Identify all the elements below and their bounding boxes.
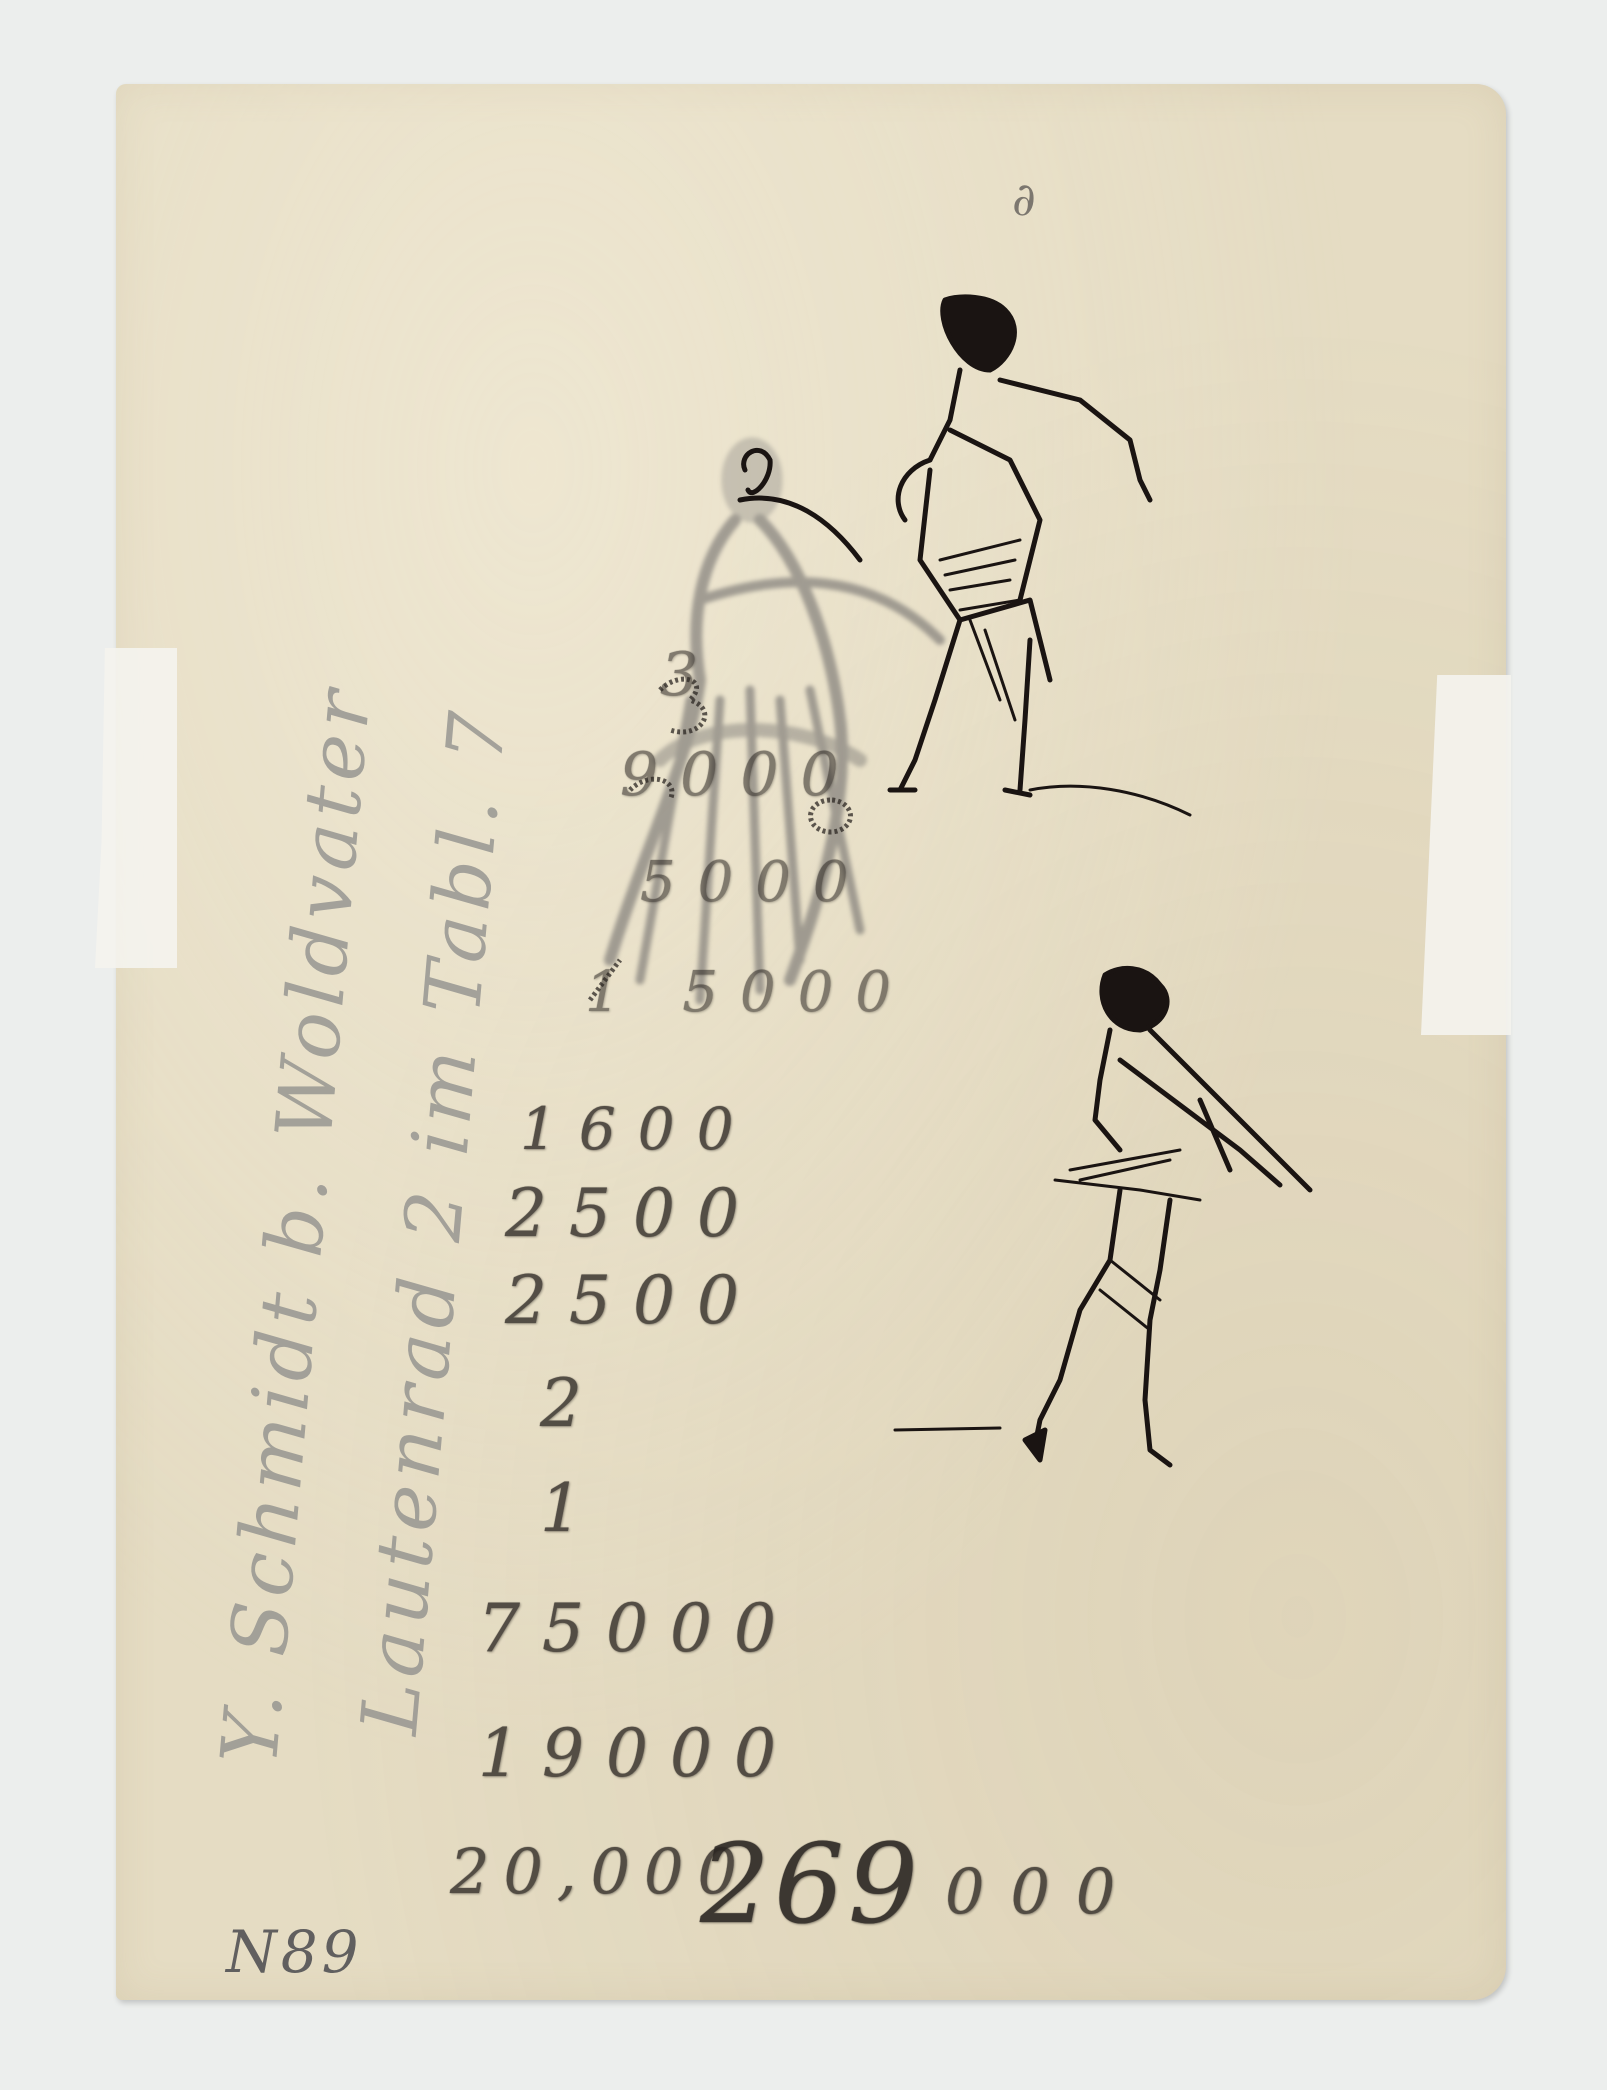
upper-number-4: 1 5000 — [585, 960, 913, 1025]
upper-number-2: 9000 — [620, 740, 861, 810]
ink-figure-bottom — [895, 968, 1310, 1465]
sketch-drawings — [0, 0, 1607, 2090]
gray-pencil-figure — [610, 438, 940, 1000]
upper-number-1: 3 — [660, 640, 720, 710]
upper-number-3: 5000 — [640, 850, 871, 915]
number-row-7: 19000 — [478, 1715, 798, 1792]
number-row-4: 2 — [540, 1365, 604, 1442]
number-row-2: 2500 — [505, 1175, 761, 1252]
total-overwritten: 269 — [700, 1820, 922, 1948]
ink-figure-top — [890, 297, 1190, 815]
number-row-3: 2500 — [505, 1262, 761, 1339]
total-tail: 000 — [945, 1855, 1141, 1928]
number-row-6: 75000 — [478, 1590, 798, 1667]
artwork-canvas: Y. Schmidt b. Woldvater Lautenrad 2 im T… — [0, 0, 1607, 2090]
number-row-1: 1600 — [520, 1095, 756, 1163]
number-row-5: 1 — [540, 1470, 604, 1547]
